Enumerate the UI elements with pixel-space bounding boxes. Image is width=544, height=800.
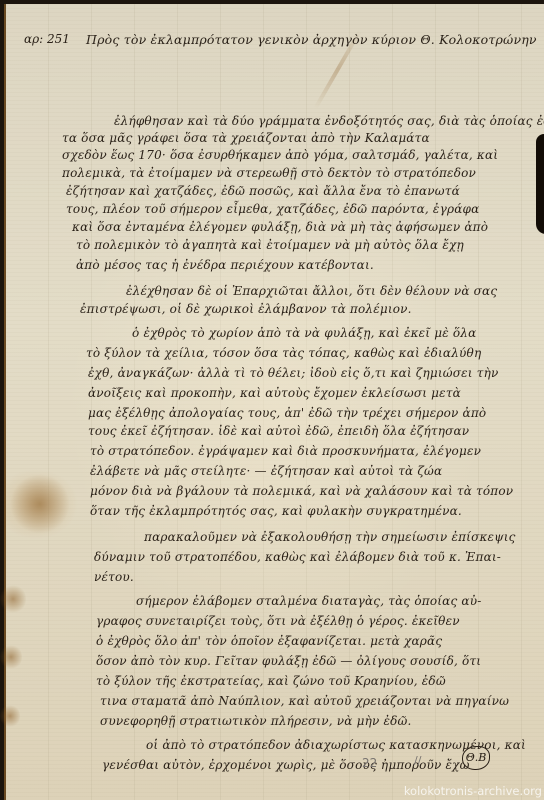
text-line: ἀνοῖξεις καὶ προκοπὴν, καὶ αὐτοὺς ἔχομεν…: [88, 386, 461, 400]
text-line: μας ἐξέλθῃς ἀπολογαίας τους, ἀπ' ἐδῶ τὴν…: [88, 406, 486, 420]
archive-watermark: kolokotronis-archive.org: [404, 784, 542, 798]
edge-stain: [0, 704, 20, 728]
text-line: τὸ ξύλον τῆς ἐκστρατείας, καὶ ζώνο τοῦ Κ…: [96, 674, 446, 688]
text-line: τους ἐκεῖ ἐζήτησαν. ἰδὲ καὶ αὐτοὶ ἐδῶ, ἐ…: [88, 424, 469, 438]
pencil-page-number: 22: [362, 756, 377, 770]
signature-mark: Θ.Β: [462, 746, 490, 770]
text-line: ἐλέχθησαν δὲ οἱ Ἐπαρχιῶται ἄλλοι, ὅτι δὲ…: [126, 284, 497, 298]
text-line: τὸ ξύλον τὰ χείλια, τόσον ὅσα τὰς τόπας,…: [86, 346, 481, 360]
text-line: ὁ ἐχθρὸς ὅλο ἀπ' τὸν ὁποῖον ἐξαφανίζεται…: [96, 634, 442, 648]
text-line: σχεδὸν ἕως 170· ὅσα ἐσυρθήκαμεν ἀπὸ γόμα…: [62, 148, 498, 162]
text-line: ὅσον ἀπὸ τὸν κυρ. Γεῖταν φυλάξῃ ἐδῶ — ὀλ…: [96, 654, 481, 668]
edge-stain: [0, 584, 26, 614]
text-line: ἐχθ, ἀναγκάζων· ἀλλὰ τὶ τὸ θέλει; ἰδοὺ ε…: [88, 366, 498, 380]
text-line: ὅταν τῆς ἐκλαμπρότητός σας, καὶ φυλακὴν …: [90, 504, 462, 518]
text-line: ἀπὸ μέσος τας ἡ ἐνέδρα περιέχουν κατέβον…: [76, 258, 374, 272]
reference-number: αρ: 251: [24, 32, 70, 46]
text-line: ἐλάβετε νὰ μᾶς στείλητε· — ἐζήτησαν καὶ …: [90, 464, 442, 478]
text-line: ἐζήτησαν καὶ χατζάδες, ἐδῶ ποσῶς, καὶ ἄλ…: [66, 184, 460, 198]
text-line: νέτου.: [94, 570, 134, 584]
text-line: τινα σταματᾶ ἀπὸ Ναύπλιον, καὶ αὐτοῦ χρε…: [100, 694, 509, 708]
text-line: πολεμικὰ, τὰ ἐτοίμαμεν νὰ στερεωθῇ στὸ δ…: [62, 166, 476, 180]
text-line: ὁ ἐχθρὸς τὸ χωρίον ἀπὸ τὰ νὰ φυλάξῃ, καὶ…: [132, 326, 476, 340]
text-line: ἐπιστρέψωσι, οἱ δὲ χωρικοὶ ἐλάμβανον τὰ …: [80, 302, 412, 316]
text-line: ἐλήφθησαν καὶ τὰ δύο γράμματα ἐνδοξότητό…: [114, 114, 544, 128]
text-line: τὸ πολεμικὸν τὸ ἀγαπητὰ καὶ ἐτοίμαμεν νὰ…: [76, 238, 464, 252]
text-line: μόνον διὰ νὰ βγάλουν τὰ πολεμικά, καὶ νὰ…: [90, 484, 513, 498]
pencil-mark: //: [414, 754, 421, 767]
torn-edge: [536, 134, 544, 234]
text-line: συνεφορηθῇ στρατιωτικὸν πλήρεσιν, νὰ μὴν…: [100, 714, 412, 728]
text-line: δύναμιν τοῦ στρατοπέδου, καθὼς καὶ ἐλάβο…: [94, 550, 501, 564]
text-line: τα ὅσα μᾶς γράφει ὅσα τὰ χρειάζονται ἀπὸ…: [62, 131, 430, 145]
water-stain: [10, 474, 70, 534]
text-line: καὶ ὅσα ἐνταμένα ἐλέγομεν φυλάξῃ, διὰ νὰ…: [72, 220, 488, 234]
text-line: τους, πλέον τοῦ σήμερον εἶμεθα, χατζάδες…: [66, 202, 479, 216]
text-line: γραφος συνεταιρίζει τοὺς, ὅτι νὰ ἐξέλθῃ …: [96, 614, 460, 628]
text-line: τὸ στρατόπεδον. ἐγράψαμεν καὶ διὰ προσκυ…: [90, 444, 481, 458]
letter-header: Πρὸς τὸν ἐκλαμπρότατον γενικὸν ἀρχηγὸν κ…: [86, 32, 537, 47]
text-line: σήμερον ἐλάβομεν σταλμένα διαταγὰς, τὰς …: [136, 594, 481, 608]
edge-stain: [0, 644, 22, 670]
manuscript-page: αρ: 251 Πρὸς τὸν ἐκλαμπρότατον γενικὸν ἀ…: [4, 4, 544, 800]
text-line: παρακαλοῦμεν νὰ ἐξακολουθήσῃ τὴν σημείωσ…: [144, 530, 516, 544]
